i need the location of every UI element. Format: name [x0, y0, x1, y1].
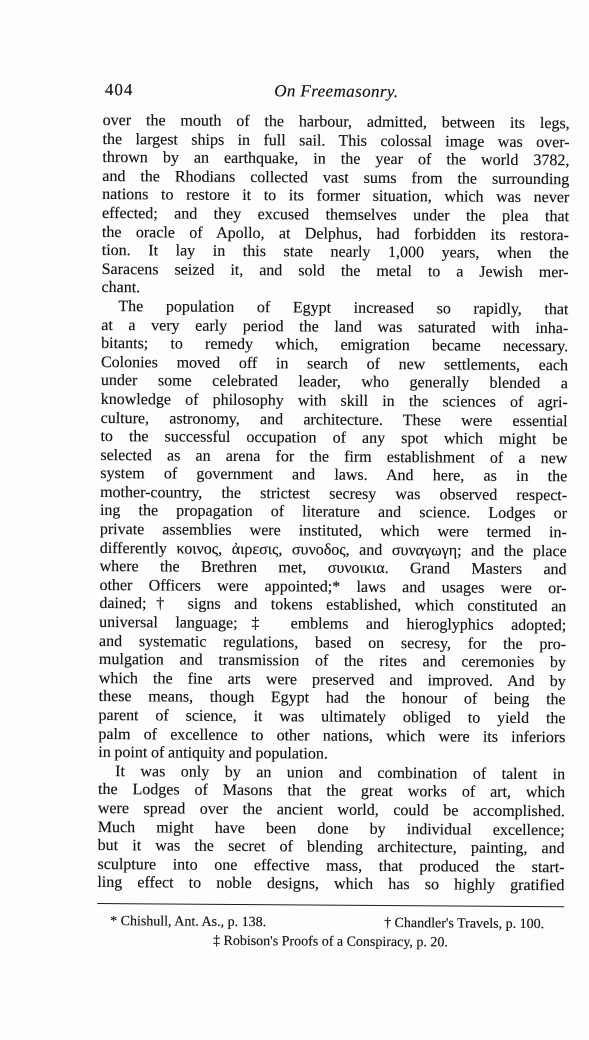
footnote-chandler: † Chandler's Travels, p. 100. — [384, 914, 544, 935]
running-title: On Freemasonry. — [103, 80, 570, 103]
footnote-row-2: ‡ Robison's Proofs of a Conspiracy, p. 2… — [97, 931, 564, 954]
page-header: 404 On Freemasonry. — [103, 80, 570, 103]
footnotes: * Chishull, Ant. As., p. 138. † Chandler… — [97, 912, 564, 954]
page-number: 404 — [105, 80, 134, 100]
footnote-divider — [97, 903, 564, 907]
body-line: ling effect to noble designs, which has … — [97, 874, 564, 896]
page-content: 404 On Freemasonry. over the mouth of th… — [97, 80, 570, 954]
footnote-robison: ‡ Robison's Proofs of a Conspiracy, p. 2… — [213, 934, 448, 951]
book-page: 404 On Freemasonry. over the mouth of th… — [0, 0, 589, 1040]
body-line: Saracens seized it, and sold the metal t… — [102, 261, 569, 283]
footnote-chishull: * Chishull, Ant. As., p. 138. — [110, 912, 266, 933]
footnote-row-1: * Chishull, Ant. As., p. 138. † Chandler… — [97, 912, 564, 935]
body-text: over the mouth of the harbour, admitted,… — [97, 112, 569, 896]
